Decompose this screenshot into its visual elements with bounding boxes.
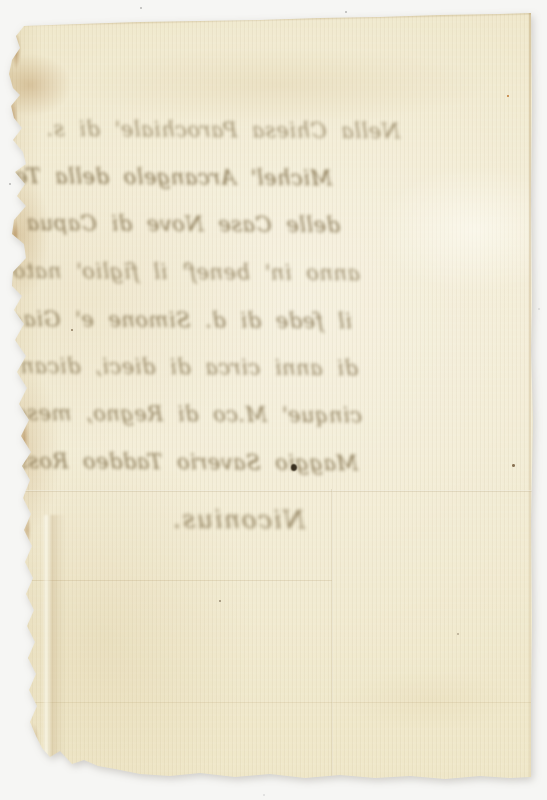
paper-sheet: Nella Chiesa Parochiale' di s. Michel' A… (0, 0, 547, 800)
handwriting-line: Michel' Arcangelo della Terra (0, 164, 332, 190)
handwriting-line: il fede di d. Simone e' Giaqua (0, 307, 352, 334)
scanned-document-background: Nella Chiesa Parochiale' di s. Michel' A… (0, 0, 547, 800)
paper-speck (71, 329, 73, 331)
handwriting-line: anno in' benef' il figlio' nato (12, 259, 360, 285)
signature-line: Niconius. (171, 505, 305, 535)
handwriting-line: delle Case Nove di Capua (26, 211, 340, 237)
ink-blot (291, 464, 297, 471)
paper-speck (507, 95, 509, 97)
fold-crease-horizontal-faint (20, 702, 532, 703)
handwriting-line: di anni circa di dieci, dican= (2, 354, 358, 380)
handwriting-line: Nella Chiesa Parochiale' di s. (46, 117, 400, 143)
fold-crease-left-edge (44, 515, 66, 775)
paper-sheet-wrapper: Nella Chiesa Parochiale' di s. Michel' A… (0, 0, 547, 800)
handwriting-line: cinque' M.co di Regno, mese' di (0, 401, 362, 428)
paper-speck (512, 464, 515, 467)
fold-crease-horizontal-faint (20, 580, 332, 581)
handwriting-line: Maggio Saverio Taddeo Rossi. (2, 449, 358, 475)
paper-speck (219, 600, 221, 602)
right-edge-line (529, 13, 531, 777)
mirrored-handwriting-block: Nella Chiesa Parochiale' di s. Michel' A… (55, 110, 405, 550)
paper-speck (457, 633, 459, 635)
